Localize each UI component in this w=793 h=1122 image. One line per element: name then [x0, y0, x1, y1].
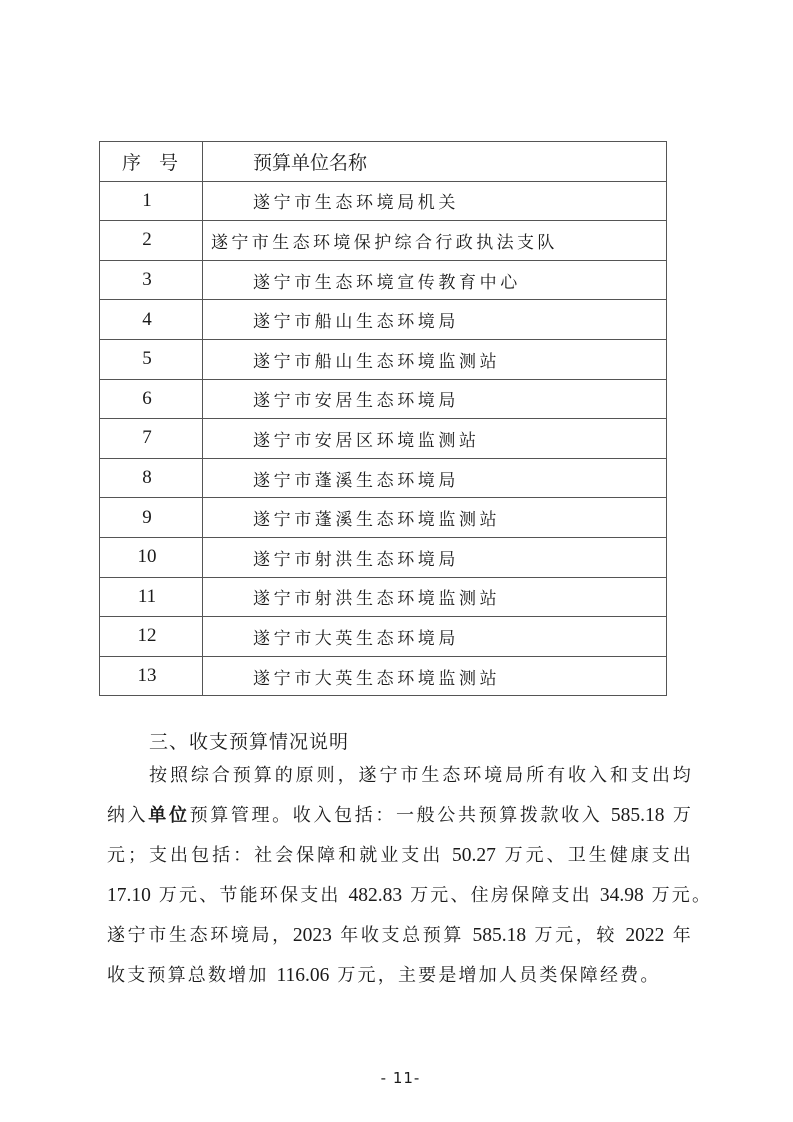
row-unit-name: 遂宁市射洪生态环境局 — [203, 537, 667, 577]
row-unit-name: 遂宁市安居区环境监测站 — [203, 419, 667, 459]
row-serial-no: 6 — [100, 379, 203, 419]
paragraph-line: 收支预算总数增加 116.06 万元，主要是增加人员类保障经费。 — [107, 956, 693, 996]
paragraph-line: 遂宁市生态环境局，2023 年收支总预算 585.18 万元，较 2022 年 — [107, 916, 693, 956]
text-run: 万元、住房保障支出 — [402, 885, 600, 906]
year-2023: 2023 — [293, 925, 332, 946]
row-serial-no: 2 — [100, 221, 203, 261]
row-unit-name: 遂宁市生态环境宣传教育中心 — [203, 260, 667, 300]
text-run: 按照综合预算的原则，遂宁市生态环境局所有收入和支出均 — [149, 765, 693, 786]
health-amount: 17.10 — [107, 885, 151, 906]
increase-amount: 116.06 — [277, 965, 330, 986]
row-serial-no: 7 — [100, 419, 203, 459]
text-run: 元；支出包括：社会保障和就业支出 — [107, 845, 452, 866]
row-unit-name: 遂宁市生态环境局机关 — [203, 181, 667, 221]
table-row: 10 遂宁市射洪生态环境局 — [100, 537, 667, 577]
row-serial-no: 10 — [100, 537, 203, 577]
table-row: 13 遂宁市大英生态环境监测站 — [100, 656, 667, 696]
table-row: 3 遂宁市生态环境宣传教育中心 — [100, 260, 667, 300]
table-row: 8 遂宁市蓬溪生态环境局 — [100, 458, 667, 498]
text-run: 年 — [664, 925, 693, 946]
environment-amount: 482.83 — [349, 885, 403, 906]
paragraph-line: 元；支出包括：社会保障和就业支出 50.27 万元、卫生健康支出 — [107, 836, 693, 876]
row-serial-no: 11 — [100, 577, 203, 617]
text-run: 万元。 — [644, 885, 713, 906]
row-serial-no: 4 — [100, 300, 203, 340]
table-row: 12 遂宁市大英生态环境局 — [100, 617, 667, 657]
paragraph-line: 纳入单位预算管理。收入包括：一般公共预算拨款收入 585.18 万 — [107, 796, 693, 836]
row-unit-name: 遂宁市船山生态环境监测站 — [203, 339, 667, 379]
row-serial-no: 5 — [100, 339, 203, 379]
page-number: - 11- — [0, 1069, 793, 1087]
table-row: 11 遂宁市射洪生态环境监测站 — [100, 577, 667, 617]
row-unit-name: 遂宁市蓬溪生态环境局 — [203, 458, 667, 498]
row-serial-no: 1 — [100, 181, 203, 221]
text-run: 纳入 — [107, 805, 148, 826]
row-unit-name: 遂宁市生态环境保护综合行政执法支队 — [203, 221, 667, 261]
row-serial-no: 12 — [100, 617, 203, 657]
paragraph-line: 按照综合预算的原则，遂宁市生态环境局所有收入和支出均 — [107, 756, 693, 796]
total-budget-amount: 585.18 — [472, 925, 526, 946]
table-row: 7 遂宁市安居区环境监测站 — [100, 419, 667, 459]
text-run: 遂宁市生态环境局， — [107, 925, 293, 946]
budget-explanation-paragraph: 按照综合预算的原则，遂宁市生态环境局所有收入和支出均 纳入单位预算管理。收入包括… — [107, 756, 693, 996]
table-row: 1 遂宁市生态环境局机关 — [100, 181, 667, 221]
year-2022: 2022 — [625, 925, 664, 946]
text-run: 万 — [664, 805, 693, 826]
document-page: 序 号 预算单位名称 1 遂宁市生态环境局机关 2 遂宁市生态环境保护综合行政执… — [0, 0, 793, 1122]
text-run: 万元、节能环保支出 — [151, 885, 349, 906]
table-row: 9 遂宁市蓬溪生态环境监测站 — [100, 498, 667, 538]
row-unit-name: 遂宁市船山生态环境局 — [203, 300, 667, 340]
row-unit-name: 遂宁市蓬溪生态环境监测站 — [203, 498, 667, 538]
bold-text-run: 单位 — [148, 805, 189, 826]
paragraph-line: 17.10 万元、节能环保支出 482.83 万元、住房保障支出 34.98 万… — [107, 876, 693, 916]
table-header-row: 序 号 预算单位名称 — [100, 142, 667, 182]
column-header-unit-name: 预算单位名称 — [203, 142, 667, 182]
table-row: 4 遂宁市船山生态环境局 — [100, 300, 667, 340]
text-run: 年收支总预算 — [332, 925, 473, 946]
text-run: 万元，主要是增加人员类保障经费。 — [329, 965, 660, 986]
text-run: 万元、卫生健康支出 — [496, 845, 693, 866]
row-serial-no: 9 — [100, 498, 203, 538]
row-unit-name: 遂宁市安居生态环境局 — [203, 379, 667, 419]
housing-amount: 34.98 — [600, 885, 644, 906]
row-serial-no: 13 — [100, 656, 203, 696]
text-run: 收支预算总数增加 — [107, 965, 277, 986]
row-unit-name: 遂宁市大英生态环境局 — [203, 617, 667, 657]
text-run: 万元，较 — [526, 925, 625, 946]
row-unit-name: 遂宁市射洪生态环境监测站 — [203, 577, 667, 617]
budget-units-table: 序 号 预算单位名称 1 遂宁市生态环境局机关 2 遂宁市生态环境保护综合行政执… — [99, 141, 667, 696]
text-run: 预算管理。收入包括：一般公共预算拨款收入 — [190, 805, 611, 826]
social-security-amount: 50.27 — [452, 845, 496, 866]
income-amount: 585.18 — [611, 805, 665, 826]
table-row: 5 遂宁市船山生态环境监测站 — [100, 339, 667, 379]
row-unit-name: 遂宁市大英生态环境监测站 — [203, 656, 667, 696]
column-header-serial-no: 序 号 — [100, 142, 203, 182]
table-row: 6 遂宁市安居生态环境局 — [100, 379, 667, 419]
row-serial-no: 3 — [100, 260, 203, 300]
row-serial-no: 8 — [100, 458, 203, 498]
table-row: 2 遂宁市生态环境保护综合行政执法支队 — [100, 221, 667, 261]
